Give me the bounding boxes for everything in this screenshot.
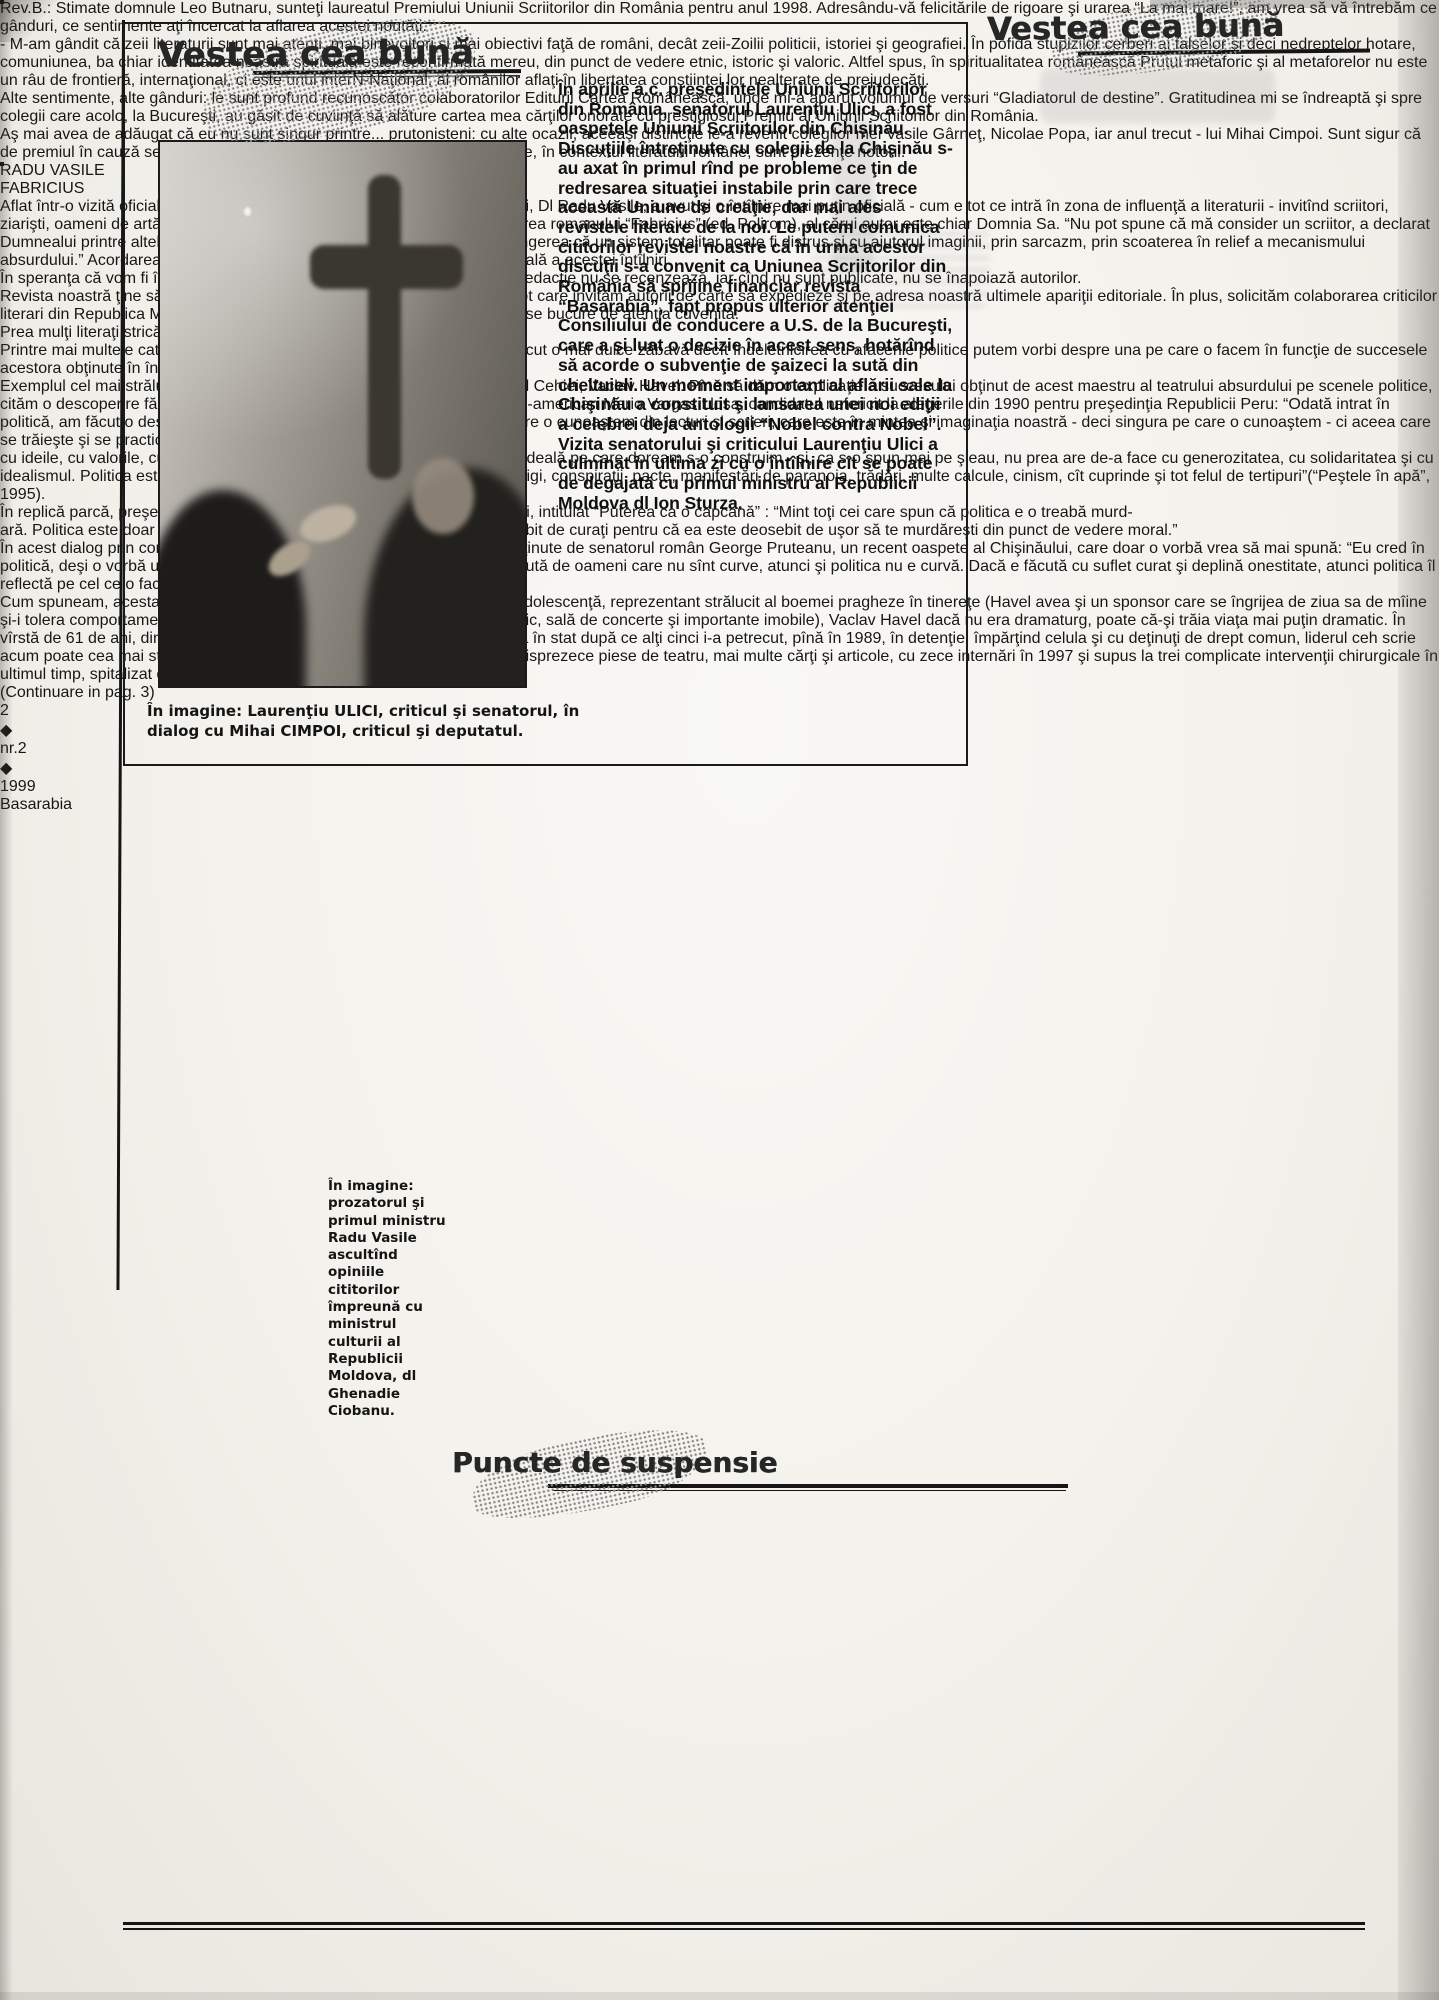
bleedthrough-smudge [1040,68,1275,123]
issue-year: 1999 [0,778,1439,796]
hand-shape [295,497,361,548]
scan-edge-bottom [0,1992,1439,2000]
footer-rule-thin [123,1928,1365,1930]
article1-body: În aprilie a.c. preşedintele Uniunii Scr… [558,80,954,513]
rubric-feature-title: Puncte de suspensie [452,1446,777,1479]
photo-highlight [244,207,251,216]
masthead-logo: Basarabia [0,796,1439,814]
photo-leo-butnaru [0,0,4,4]
table-shadow [158,637,527,688]
footer-rule [123,1922,1365,1925]
article2-photo-caption: În imagine: prozatorul şi primul ministr… [328,1178,454,1420]
scan-edge-right [1398,0,1439,2000]
rubric-right-title: Vestea cea bună [987,6,1284,48]
crucifix-shape [368,175,401,480]
photo-radu-vasile-event: DONAŢIA GUVERNULUI ROMÂNIEI PENTRU BIBLI… [0,162,4,166]
face-shape [412,458,474,534]
newspaper-page: Vestea cea bună Vestea cea bună În april… [0,0,1439,2000]
scan-edge-left [0,0,13,2000]
rubric-left-title: Vestea cea bună [158,32,474,75]
photo-ulici-cimpoi [158,140,527,688]
crucifix-shape [310,245,463,289]
article1-photo-caption: În imagine: Laurenţiu ULICI, criticul şi… [147,702,583,741]
scan-corner-shadow [0,0,110,42]
library-banner: DONAŢIA GUVERNULUI ROMÂNIEI PENTRU BIBLI… [2,164,4,166]
